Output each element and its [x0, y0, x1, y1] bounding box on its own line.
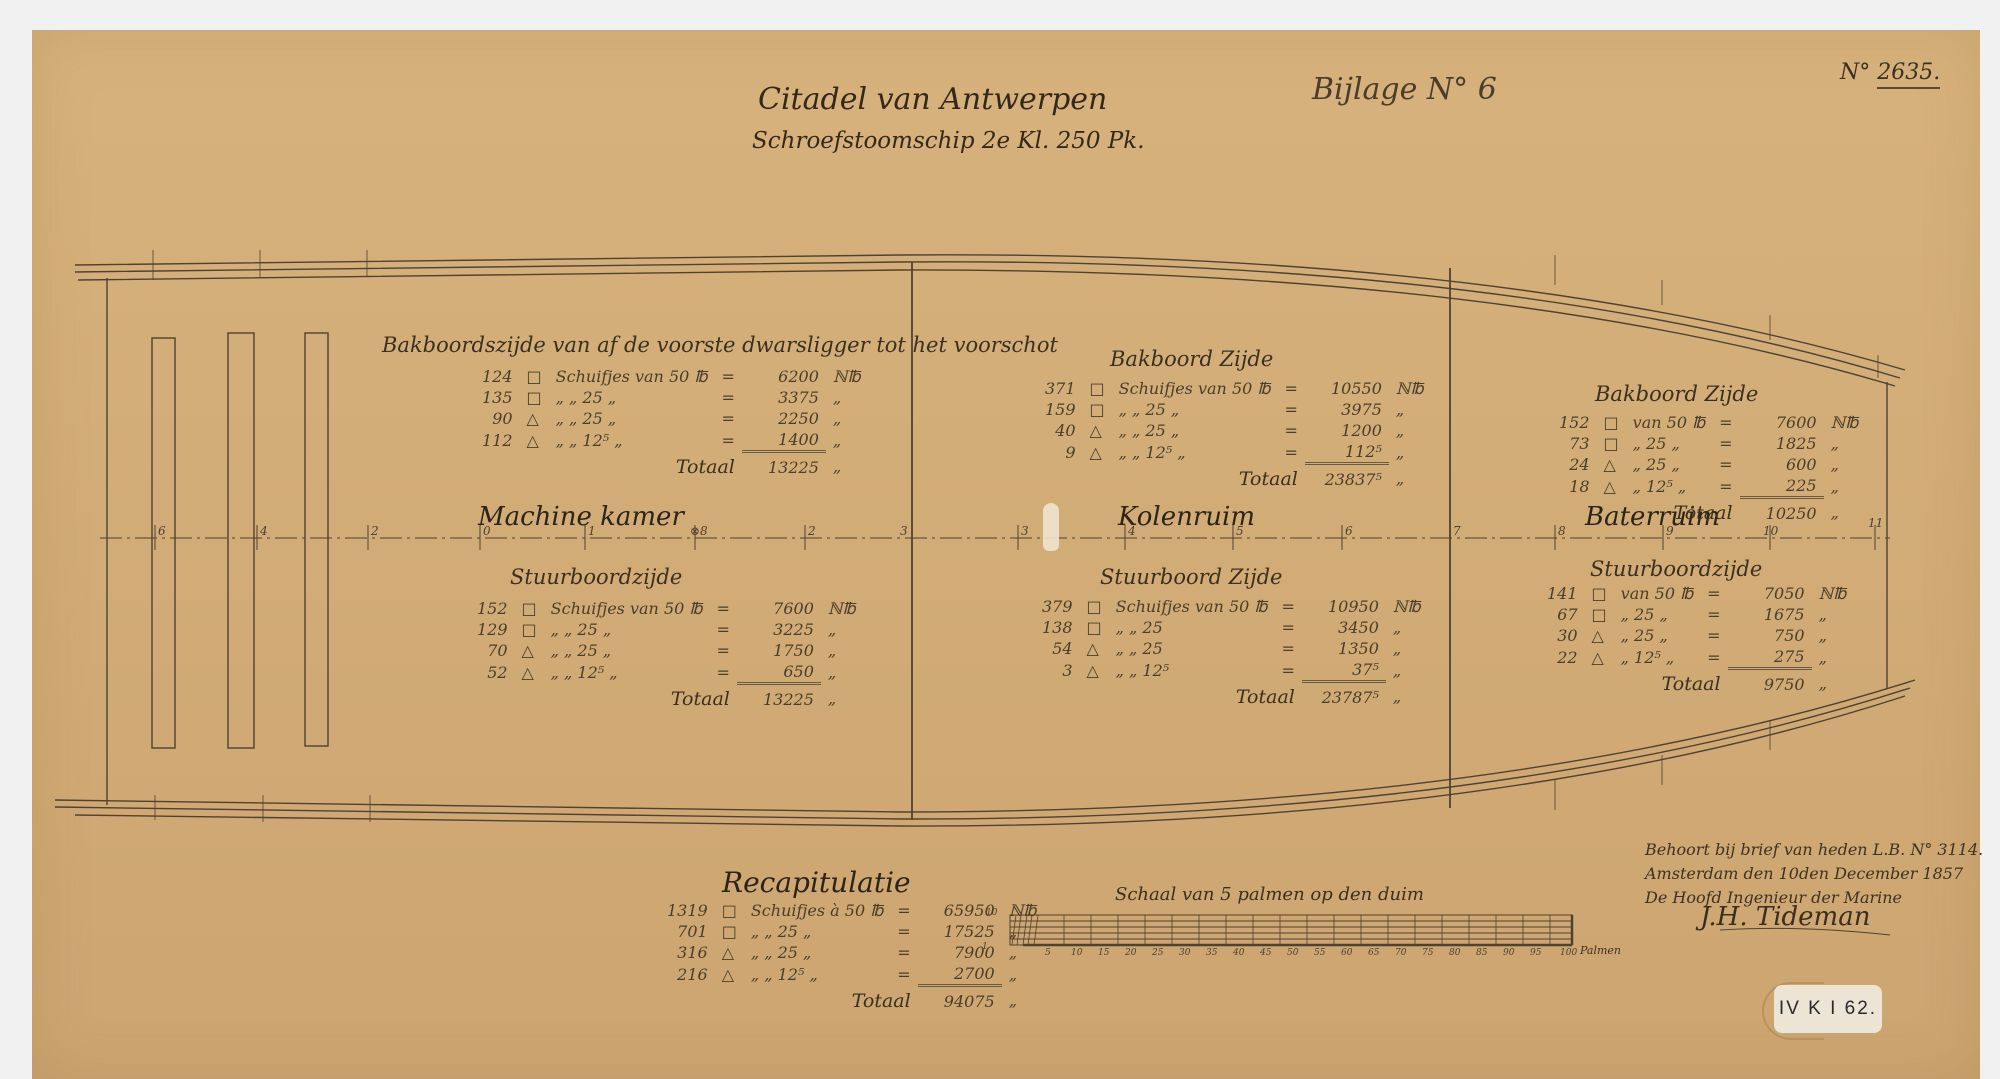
engine-room-label: Machine kamer [478, 502, 684, 532]
frame-number: 11 [1868, 516, 1883, 530]
total-row: Totaal23787⁵„ [1035, 682, 1428, 709]
approval-line-1: Behoort bij brief van heden L.B. N° 3114… [1645, 838, 1983, 862]
appendix-label: Bijlage N° 6 [1312, 72, 1497, 107]
table-row: 138□„ „ 25=3450„ [1035, 617, 1428, 638]
frame-number: 2 [371, 524, 379, 538]
scale-tick: 80 [1449, 948, 1460, 958]
battery-starboard-heading: Stuurboordzijde [1590, 557, 1762, 581]
scale-tick: 75 [1422, 948, 1433, 958]
recapitulation-heading: Recapitulatie [722, 866, 911, 899]
frame-number: 6 [158, 524, 166, 538]
table-row: 52△„ „ 12⁵ „=650„ [470, 661, 863, 684]
scale-tick: 25 [1152, 948, 1163, 958]
table-row: 141□van 50 ℔=7050ℕ℔ [1540, 583, 1853, 604]
scale-tick: 35 [1206, 948, 1217, 958]
frame-number: 6 [1345, 524, 1353, 538]
coal-port-heading: Bakboord Zijde [1110, 347, 1273, 371]
total-row: Totaal13225„ [470, 684, 863, 711]
document-title: Citadel van Antwerpen [758, 82, 1107, 117]
scale-tick: 5 [1045, 948, 1051, 958]
table-row: 54△„ „ 25=1350„ [1035, 638, 1428, 659]
scale-tick: 45 [1260, 948, 1271, 958]
table-row: 40△„ „ 25 „=1200„ [1038, 420, 1431, 441]
engine-starboard-table: 152□Schuifjes van 50 ℔=7600ℕ℔ 129□„ „ 25… [470, 598, 863, 711]
approval-line-2: Amsterdam den 10den December 1857 [1645, 862, 1983, 886]
table-row: 18△„ 12⁵ „=225„ [1552, 475, 1865, 498]
document-number: N° 2635. [1840, 60, 1940, 85]
scale-tick: 20 [1125, 948, 1136, 958]
scale-tick: 55 [1314, 948, 1325, 958]
scale-tick: 40 [1233, 948, 1244, 958]
battery-port-table: 152□van 50 ℔=7600ℕ℔ 73□„ 25 „=1825„ 24△„… [1552, 412, 1865, 525]
archive-tag: IV K I 62. [1774, 985, 1882, 1033]
table-row: 112△„ „ 12⁵ „=1400„ [475, 429, 868, 452]
table-row: 124□Schuifjes van 50 ℔=6200ℕ℔ [475, 366, 868, 387]
table-row: 70△„ „ 25 „=1750„ [470, 640, 863, 661]
table-row: 9△„ „ 12⁵ „=112⁵„ [1038, 441, 1431, 464]
table-row: 379□Schuifjes van 50 ℔=10950ℕ℔ [1035, 596, 1428, 617]
table-row: 152□Schuifjes van 50 ℔=7600ℕ℔ [470, 598, 863, 619]
coal-starboard-heading: Stuurboord Zijde [1100, 565, 1283, 589]
scale-tick: 90 [1503, 948, 1514, 958]
total-row: Totaal13225„ [475, 452, 868, 479]
scale-tick: 50 [1287, 948, 1298, 958]
scale-tick: 65 [1368, 948, 1379, 958]
table-row: 3△„ „ 12⁵=37⁵„ [1035, 659, 1428, 682]
paper-stain [1043, 503, 1059, 551]
document-number-value: 2635. [1877, 60, 1940, 89]
total-row: Totaal9750„ [1540, 669, 1853, 696]
table-row: 152□van 50 ℔=7600ℕ℔ [1552, 412, 1865, 433]
engine-port-table: 124□Schuifjes van 50 ℔=6200ℕ℔ 135□„ „ 25… [475, 366, 868, 479]
table-row: 73□„ 25 „=1825„ [1552, 433, 1865, 454]
frame-number: 2 [808, 524, 816, 538]
table-row: 216△„ „ 12⁵ „=2700„ [660, 963, 1043, 986]
scale-unit: Palmen [1580, 944, 1621, 957]
signature: J.H. Tideman [1700, 902, 1870, 932]
engine-port-heading: Bakboordszijde van af de voorste dwarsli… [382, 333, 1058, 357]
coal-starboard-table: 379□Schuifjes van 50 ℔=10950ℕ℔ 138□„ „ 2… [1035, 596, 1428, 709]
scale-tick: 30 [1179, 948, 1190, 958]
document-number-prefix: N° [1840, 60, 1870, 85]
total-row: Totaal94075„ [660, 986, 1043, 1013]
scale-tick: 60 [1341, 948, 1352, 958]
scale-left-bottom: 1 [982, 942, 988, 952]
scale-left-top: 10 [986, 908, 997, 918]
approval-note: Behoort bij brief van heden L.B. N° 3114… [1645, 838, 1983, 910]
scale-tick: 95 [1530, 948, 1541, 958]
document-subtitle: Schroefstoomschip 2e Kl. 250 Pk. [752, 128, 1145, 154]
scale-title: Schaal van 5 palmen op den duim [1115, 884, 1424, 905]
midship-mark: ⊗8 [690, 524, 708, 538]
table-row: 135□„ „ 25 „=3375„ [475, 387, 868, 408]
table-row: 22△„ 12⁵ „=275„ [1540, 646, 1853, 669]
frame-number: 7 [1453, 524, 1461, 538]
table-row: 129□„ „ 25 „=3225„ [470, 619, 863, 640]
frame-number: 3 [900, 524, 908, 538]
coal-port-table: 371□Schuifjes van 50 ℔=10550ℕ℔ 159□„ „ 2… [1038, 378, 1431, 491]
table-row: 159□„ „ 25 „=3975„ [1038, 399, 1431, 420]
total-row: Totaal10250„ [1552, 498, 1865, 525]
scale-tick: 70 [1395, 948, 1406, 958]
engine-starboard-heading: Stuurboordzijde [510, 565, 682, 589]
frame-number: 4 [260, 524, 268, 538]
scale-tick: 100 [1560, 948, 1577, 958]
frame-number: 8 [1558, 524, 1566, 538]
table-row: 24△„ 25 „=600„ [1552, 454, 1865, 475]
table-row: 371□Schuifjes van 50 ℔=10550ℕ℔ [1038, 378, 1431, 399]
table-row: 701□„ „ 25 „=17525„ [660, 921, 1043, 942]
scale-tick: 15 [1098, 948, 1109, 958]
scale-tick: 85 [1476, 948, 1487, 958]
battery-port-heading: Bakboord Zijde [1595, 382, 1758, 406]
table-row: 30△„ 25 „=750„ [1540, 625, 1853, 646]
total-row: Totaal23837⁵„ [1038, 464, 1431, 491]
scale-tick: 10 [1071, 948, 1082, 958]
battery-starboard-table: 141□van 50 ℔=7050ℕ℔ 67□„ 25 „=1675„ 30△„… [1540, 583, 1853, 696]
coal-bunker-label: Kolenruim [1118, 502, 1255, 532]
frame-number: 3 [1021, 524, 1029, 538]
frame-number: 10 [1763, 524, 1778, 538]
table-row: 90△„ „ 25 „=2250„ [475, 408, 868, 429]
table-row: 67□„ 25 „=1675„ [1540, 604, 1853, 625]
